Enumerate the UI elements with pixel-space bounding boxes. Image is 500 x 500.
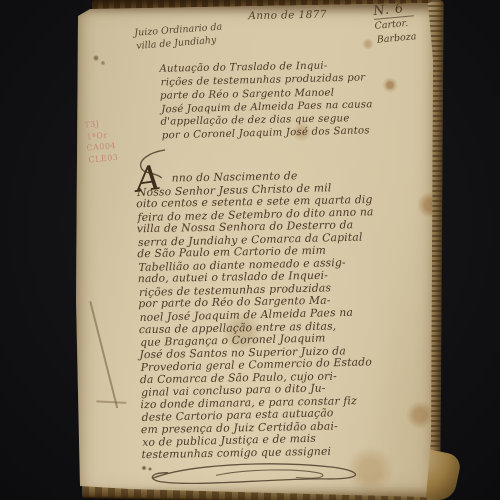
- signature-flourish: [146, 456, 376, 493]
- archival-margin-note: T3J1ªOrCA004CLE03: [84, 117, 118, 166]
- body-paragraph: nno do Nascimento deNosso Senhor Jesus C…: [136, 168, 404, 462]
- case-label: N. 6 Cartor.Barboza: [373, 1, 416, 47]
- pencil-mark-base: [96, 400, 126, 403]
- court-heading: Juizo Ordinario davilla de Jundiahy: [134, 20, 224, 52]
- text-line: CLE03: [88, 151, 119, 165]
- year-heading: Anno de 1877: [248, 9, 327, 23]
- handwriting-layer: Anno de 1877 Juizo Ordinario davilla de …: [70, 0, 452, 500]
- case-label-lines: Cartor.Barboza: [374, 16, 416, 47]
- manuscript-page: Anno de 1877 Juizo Ordinario davilla de …: [70, 0, 442, 500]
- opening-paragraph: Autuação do Traslado de Inqui-rições de …: [159, 58, 399, 143]
- text-line: Barboza: [376, 30, 417, 48]
- pencil-mark-diagonal: [89, 301, 117, 408]
- photo-background: Anno de 1877 Juizo Ordinario davilla de …: [0, 0, 500, 500]
